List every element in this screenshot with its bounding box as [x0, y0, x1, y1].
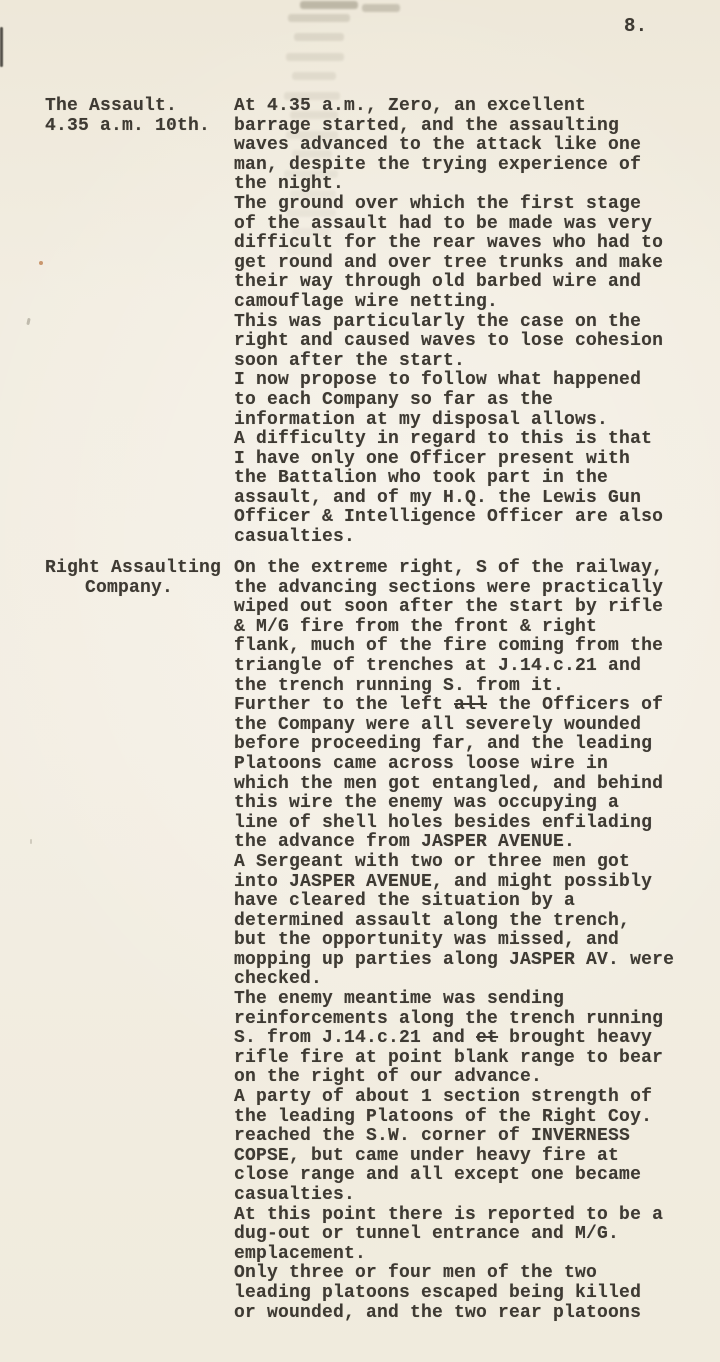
text-line: checked.	[234, 970, 712, 990]
text-line: on the right of our advance.	[234, 1068, 712, 1088]
text-line: rifle fire at point blank range to bear	[234, 1049, 712, 1069]
text-line: emplacement.	[234, 1245, 712, 1265]
text-line: to each Company so far as the	[234, 391, 712, 411]
text-line: the leading Platoons of the Right Coy.	[234, 1108, 712, 1128]
text-line: reinforcements along the trench running	[234, 1010, 712, 1030]
text-line: A difficulty in regard to this is that	[234, 430, 712, 450]
text-line: leading platoons escaped being killed	[234, 1284, 712, 1304]
text-line: or wounded, and the two rear platoons	[234, 1304, 712, 1324]
bleed-through-bar	[288, 14, 350, 22]
section-body: On the extreme right, S of the railway,t…	[234, 559, 712, 1323]
text-line: get round and over tree trunks and make	[234, 254, 712, 274]
text-line: of the assault had to be made was very	[234, 215, 712, 235]
text-line: the advance from JASPER AVENUE.	[234, 833, 712, 853]
document-page: 8. The Assault.4.35 a.m. 10th. At 4.35 a…	[0, 0, 720, 1362]
struck-out-word: all	[454, 695, 487, 715]
text-line: into JASPER AVENUE, and might possibly	[234, 873, 712, 893]
text-line: On the extreme right, S of the railway,	[234, 559, 712, 579]
text-line: casualties.	[234, 1186, 712, 1206]
text-line: information at my disposal allows.	[234, 411, 712, 431]
text-line: have cleared the situation by a	[234, 892, 712, 912]
text-line: 4.35 a.m. 10th.	[45, 117, 210, 137]
text-line: the Company were all severely wounded	[234, 716, 712, 736]
section-heading: The Assault.4.35 a.m. 10th.	[45, 97, 210, 136]
bleed-through-bar	[286, 53, 344, 61]
text-line: close range and all except one became	[234, 1166, 712, 1186]
text-line: the Battalion who took part in the	[234, 469, 712, 489]
text-line: but the opportunity was missed, and	[234, 931, 712, 951]
text-line: The enemy meantime was sending	[234, 990, 712, 1010]
text-line: I have only one Officer present with	[234, 450, 712, 470]
text-line: soon after the start.	[234, 352, 712, 372]
bleed-through-bar	[294, 33, 344, 41]
text-line: COPSE, but came under heavy fire at	[234, 1147, 712, 1167]
text-line: Right Assaulting	[45, 559, 221, 579]
text-line: which the men got entangled, and behind	[234, 775, 712, 795]
struck-out-word: et	[476, 1028, 498, 1048]
text-line: Platoons came across loose wire in	[234, 755, 712, 775]
paper-speck	[30, 839, 32, 844]
text-line: A Sergeant with two or three men got	[234, 853, 712, 873]
text-line: before proceeding far, and the leading	[234, 735, 712, 755]
text-line: casualties.	[234, 528, 712, 548]
text-line: this wire the enemy was occupying a	[234, 794, 712, 814]
text-line: Officer & Intelligence Officer are also	[234, 508, 712, 528]
text-line: The ground over which the first stage	[234, 195, 712, 215]
text-line: Company.	[45, 579, 221, 599]
text-line: At this point there is reported to be a	[234, 1206, 712, 1226]
text-line: camouflage wire netting.	[234, 293, 712, 313]
bleed-through-bar	[362, 4, 400, 12]
page-number: 8.	[624, 17, 647, 37]
bleed-through-bar	[292, 72, 336, 80]
text-line: I now propose to follow what happened	[234, 371, 712, 391]
bleed-through-bar	[300, 1, 358, 9]
section-body: At 4.35 a.m., Zero, an excellentbarrage …	[234, 97, 712, 548]
text-line: the advancing sections were practically	[234, 579, 712, 599]
text-line: difficult for the rear waves who had to	[234, 234, 712, 254]
section-heading: Right AssaultingCompany.	[45, 559, 221, 598]
text-line: The Assault.	[45, 97, 210, 117]
text-line: assault, and of my H.Q. the Lewis Gun	[234, 489, 712, 509]
text-line: & M/G fire from the front & right	[234, 618, 712, 638]
paper-speck	[39, 261, 43, 265]
text-line: reached the S.W. corner of INVERNESS	[234, 1127, 712, 1147]
text-line: right and caused waves to lose cohesion	[234, 332, 712, 352]
text-line: dug-out or tunnel entrance and M/G.	[234, 1225, 712, 1245]
text-line: the night.	[234, 175, 712, 195]
text-line: This was particularly the case on the	[234, 313, 712, 333]
text-line: mopping up parties along JASPER AV. were	[234, 951, 712, 971]
text-line: determined assault along the trench,	[234, 912, 712, 932]
text-line: Further to the left all the Officers of	[234, 696, 712, 716]
text-line: S. from J.14.c.21 and et brought heavy	[234, 1029, 712, 1049]
text-line: flank, much of the fire coming from the	[234, 637, 712, 657]
paper-speck	[26, 318, 30, 325]
text-line: the trench running S. from it.	[234, 677, 712, 697]
text-line: waves advanced to the attack like one	[234, 136, 712, 156]
scan-edge-mark	[0, 27, 3, 67]
text-line: line of shell holes besides enfilading	[234, 814, 712, 834]
text-line: wiped out soon after the start by rifle	[234, 598, 712, 618]
text-line: man, despite the trying experience of	[234, 156, 712, 176]
text-line: At 4.35 a.m., Zero, an excellent	[234, 97, 712, 117]
text-line: Only three or four men of the two	[234, 1264, 712, 1284]
text-line: barrage started, and the assaulting	[234, 117, 712, 137]
text-line: A party of about 1 section strength of	[234, 1088, 712, 1108]
text-line: their way through old barbed wire and	[234, 273, 712, 293]
text-line: triangle of trenches at J.14.c.21 and	[234, 657, 712, 677]
